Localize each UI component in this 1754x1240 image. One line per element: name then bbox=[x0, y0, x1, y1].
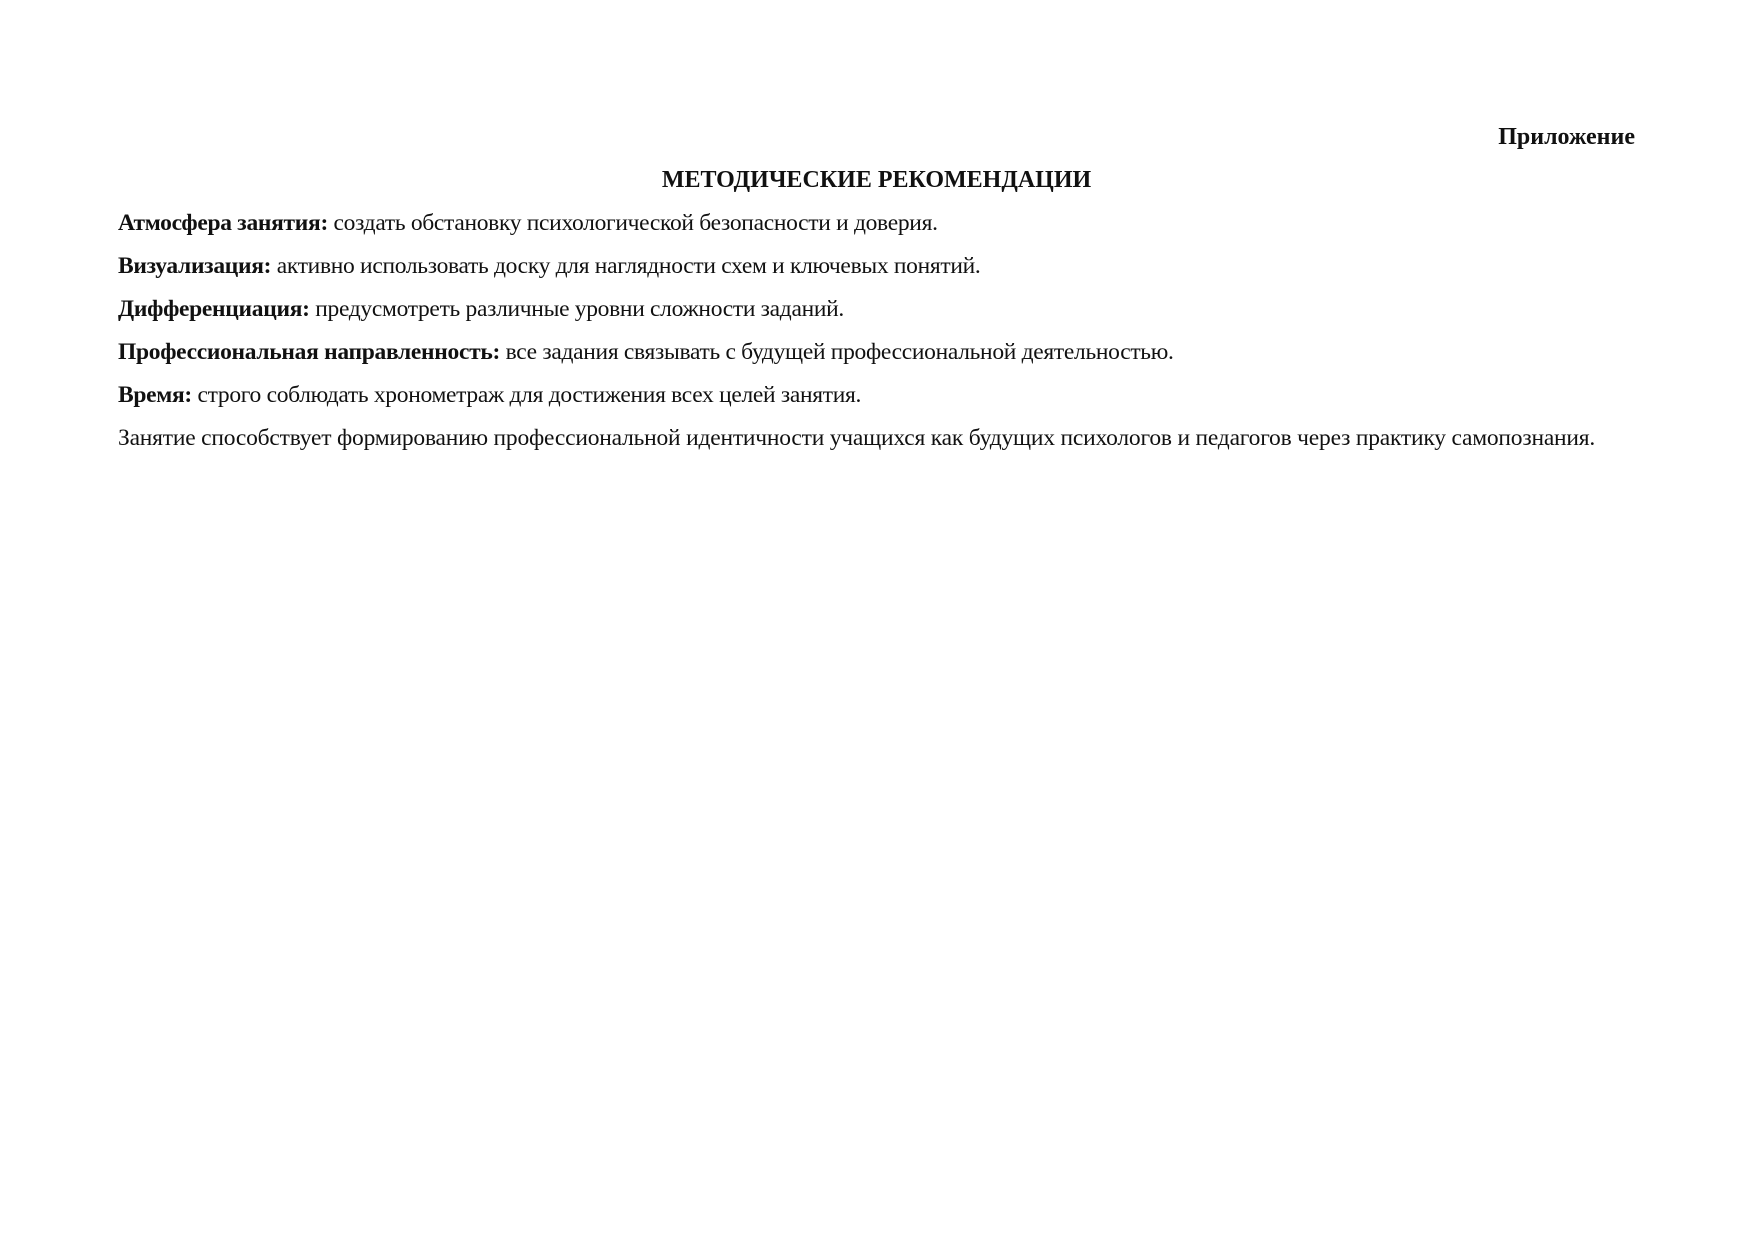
item-text: активно использовать доску для нагляднос… bbox=[271, 253, 980, 279]
item-text: создать обстановку психологической безоп… bbox=[328, 210, 938, 236]
item-term: Профессиональная направленность: bbox=[118, 339, 500, 365]
recommendation-item: Профессиональная направленность: все зад… bbox=[118, 331, 1635, 374]
recommendation-item: Атмосфера занятия: создать обстановку пс… bbox=[118, 202, 1635, 245]
document-page: Приложение МЕТОДИЧЕСКИЕ РЕКОМЕНДАЦИИ Атм… bbox=[118, 116, 1635, 460]
item-text: предусмотреть различные уровни сложности… bbox=[310, 296, 844, 322]
item-term: Атмосфера занятия: bbox=[118, 210, 328, 236]
item-text: строго соблюдать хронометраж для достиже… bbox=[192, 382, 861, 408]
item-term: Дифференциация: bbox=[118, 296, 310, 322]
recommendation-item: Время: строго соблюдать хронометраж для … bbox=[118, 374, 1635, 417]
item-term: Визуализация: bbox=[118, 253, 271, 279]
recommendation-item: Дифференциация: предусмотреть различные … bbox=[118, 288, 1635, 331]
item-text: все задания связывать с будущей професси… bbox=[500, 339, 1174, 365]
recommendation-item: Визуализация: активно использовать доску… bbox=[118, 245, 1635, 288]
appendix-label: Приложение bbox=[118, 116, 1635, 159]
item-term: Время: bbox=[118, 382, 192, 408]
conclusion-paragraph: Занятие способствует формированию профес… bbox=[118, 417, 1635, 460]
document-title: МЕТОДИЧЕСКИЕ РЕКОМЕНДАЦИИ bbox=[118, 159, 1635, 202]
